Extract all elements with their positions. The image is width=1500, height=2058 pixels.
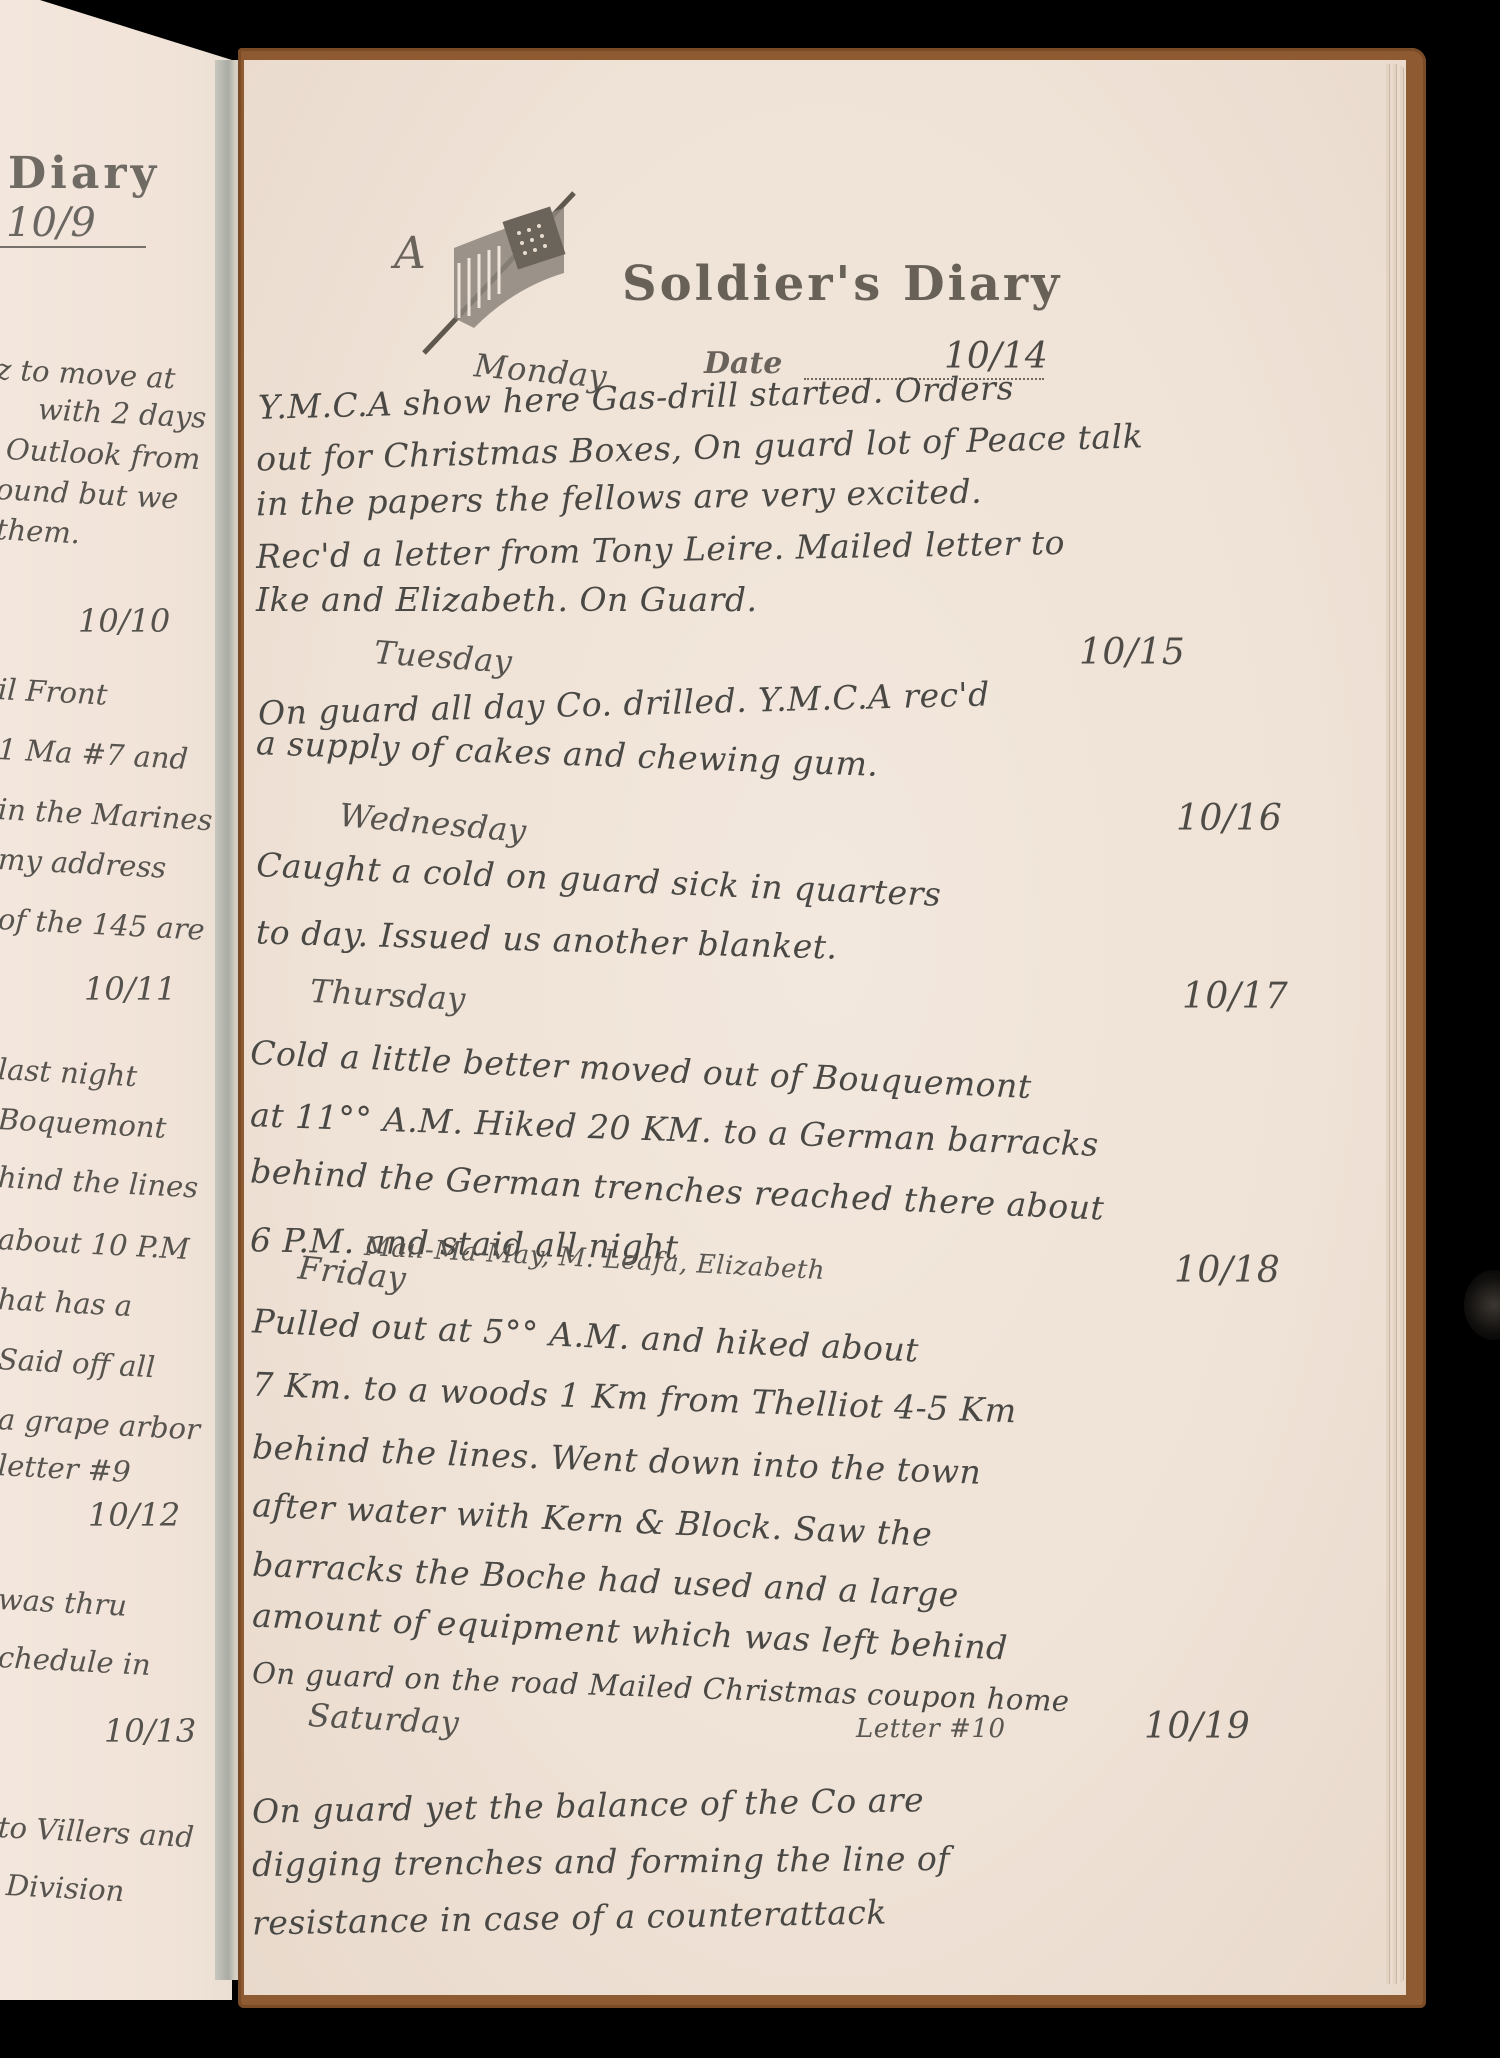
left-line: il Front [0, 672, 108, 712]
entry-day-tuesday: Tuesday [373, 633, 514, 681]
page-edges [1386, 64, 1406, 1984]
entry-line: to day. Issued us another blanket. [256, 912, 838, 966]
entry-day-thursday: Thursday [309, 972, 467, 1018]
left-line: with 2 days [37, 392, 207, 435]
left-line: Division [5, 1868, 125, 1908]
left-line: hind the lines [0, 1160, 199, 1204]
left-line: last night [0, 1052, 138, 1093]
left-line: chedule in [0, 1640, 152, 1682]
left-page-header-fragment: Diary [8, 148, 160, 199]
entry-line: Pulled out at 5°° A.M. and hiked about [251, 1301, 919, 1369]
entry-line: digging trenches and forming the line of [252, 1839, 950, 1884]
left-line: about 10 P.M [0, 1222, 190, 1266]
entry-line: after water with Kern & Block. Saw the [251, 1485, 933, 1554]
entry-line: Ike and Elizabeth. On Guard. [256, 580, 757, 619]
entry-line: in the papers the fellows are very excit… [256, 472, 983, 524]
left-line: Outlook from [5, 432, 201, 476]
left-line: Said off all [0, 1342, 156, 1384]
left-line: Boquemont [0, 1102, 167, 1145]
entry-footnote: Letter #10 [856, 1714, 1006, 1744]
left-date-mark: 10/11 [84, 970, 176, 1008]
entry-line: On guard yet the balance of the Co are [252, 1780, 925, 1831]
entry-line: at 11°° A.M. Hiked 20 KM. to a German ba… [250, 1095, 1100, 1164]
page-title: Soldier's Diary [622, 256, 1062, 312]
entry-date: 10/15 [1079, 632, 1185, 673]
entry-line: behind the German trenches reached there… [250, 1151, 1106, 1227]
entry-line: out for Christmas Boxes, On guard lot of… [256, 416, 1144, 478]
left-line: letter #9 [0, 1448, 131, 1489]
left-line: to Villers and [0, 1810, 195, 1854]
left-line: was thru [0, 1582, 128, 1623]
entry-date: 10/18 [1174, 1250, 1280, 1291]
left-line: them. [0, 512, 81, 550]
left-line: 1 Ma #7 and [0, 732, 189, 776]
entry-line: On guard all day Co. drilled. Y.M.C.A re… [258, 674, 991, 732]
entry-line: Rec'd a letter from Tony Leire. Mailed l… [256, 523, 1066, 576]
left-date-mark: 10/13 [104, 1712, 196, 1750]
entry-day-wednesday: Wednesday [338, 796, 528, 850]
entry-line: Caught a cold on guard sick in quarters [255, 845, 942, 914]
ink-stain [1464, 1270, 1500, 1340]
left-line: of the 145 are [0, 902, 206, 947]
left-page-date-fragment: 10/9 [0, 200, 146, 248]
left-line: a grape arbor [0, 1402, 201, 1447]
left-line: hat has a [0, 1282, 133, 1323]
entry-date: 10/19 [1144, 1706, 1250, 1747]
left-line: ound but we [0, 472, 179, 516]
entry-line: 7 Km. to a woods 1 Km from Thelliot 4-5 … [252, 1365, 1018, 1431]
left-date-mark: 10/12 [88, 1496, 180, 1534]
entry-line: behind the lines. Went down into the tow… [252, 1427, 982, 1491]
left-page: Diary 10/9 z to move at with 2 days Outl… [0, 0, 232, 2000]
right-page: A Soldier's Diary Date 10/14 Monday Y.M.… [244, 60, 1406, 1995]
american-flag-icon [414, 188, 584, 358]
left-line: in the Marines [0, 792, 213, 837]
entry-date: 10/16 [1176, 798, 1282, 839]
entry-line: Cold a little better moved out of Bouque… [250, 1033, 1033, 1106]
entry-date: 10/17 [1182, 976, 1288, 1017]
left-line: my address [0, 842, 167, 885]
left-line: z to move at [0, 352, 176, 395]
entry-line: resistance in case of a counterattack [252, 1892, 887, 1942]
entry-line: a supply of cakes and chewing gum. [256, 723, 880, 784]
entry-line: Y.M.C.A show here Gas-drill started. Ord… [258, 368, 1015, 427]
entry-day-saturday: Saturday [307, 1696, 460, 1742]
left-date-mark: 10/10 [78, 602, 170, 640]
